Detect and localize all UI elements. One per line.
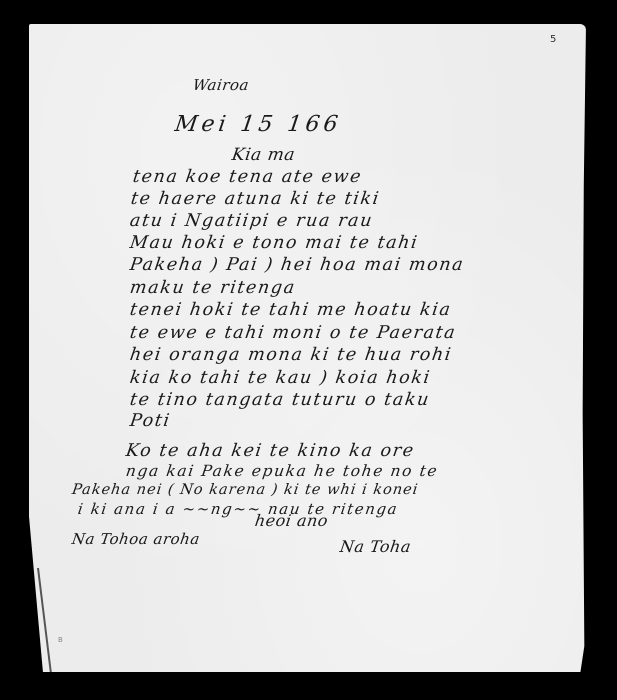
margin-mark: B (58, 636, 63, 644)
body-line: Mau hoki e tono mai te tahi (129, 233, 420, 253)
page-number: 5 (550, 34, 556, 45)
body-line: atu i Ngatiipi e rua rau (129, 211, 375, 231)
body-line: i ki ana i a ~~ng~~ nau te ritenga (77, 500, 400, 518)
body-line: Poti (129, 411, 172, 431)
body-line: tena koe tena ate ewe (132, 167, 364, 187)
body-line: kia ko tahi te kau ) koia hoki (129, 368, 433, 388)
letter-closing: heoi ano (254, 511, 330, 530)
signature-right: Na Toha (339, 537, 413, 556)
signature-left: Na Tohoa aroha (71, 530, 201, 548)
body-line: nga kai Pake epuka he tohe no te (125, 462, 440, 480)
letter-date: Mei 15 166 (173, 112, 343, 137)
letter-place: Wairoa (192, 76, 251, 94)
scanned-letter: 5 Wairoa Mei 15 166 Kia ma tena koe tena… (0, 0, 617, 700)
body-line: te ewe e tahi moni o te Paerata (129, 323, 458, 343)
body-line: maku te ritenga (129, 278, 297, 298)
letter-greeting: Kia ma (231, 145, 297, 165)
body-line: Pakeha ) Pai ) hei hoa mai mona (129, 255, 466, 275)
body-line: hei oranga mona ki te hua rohi (129, 345, 454, 365)
body-line: te haere atuna ki te tiki (130, 189, 382, 209)
body-line: Pakeha nei ( No karena ) ki te whi i kon… (71, 482, 420, 498)
body-line: Ko te aha kei te kino ka ore (125, 441, 416, 461)
body-line: te tino tangata tuturu o taku (129, 390, 432, 410)
body-line: tenei hoki te tahi me hoatu kia (129, 300, 453, 320)
